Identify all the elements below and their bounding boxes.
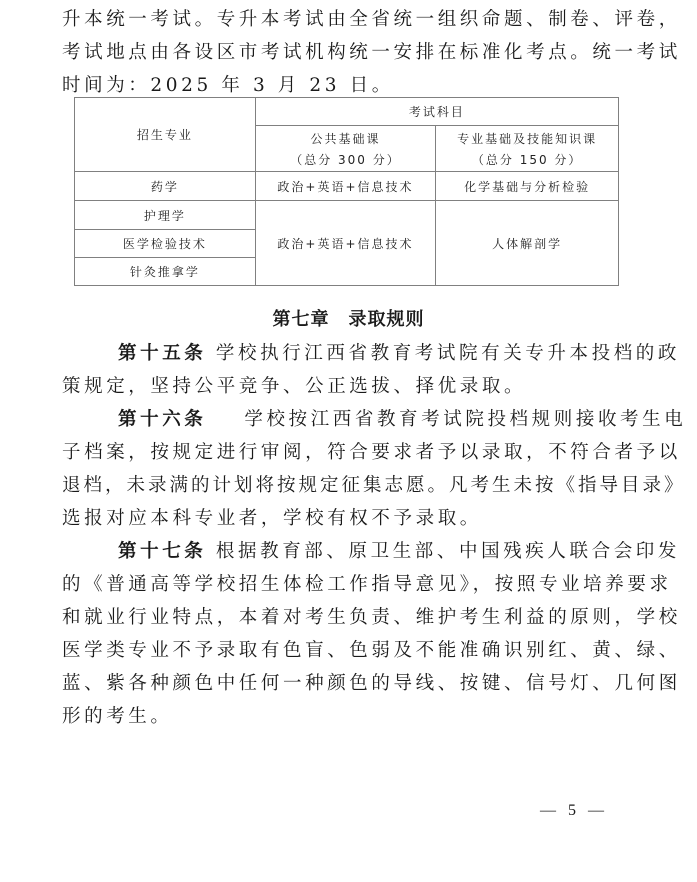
professional-cell: 人体解剖学 — [436, 201, 619, 286]
header-subjects: 考试科目 — [255, 98, 618, 126]
header-major: 招生专业 — [75, 98, 256, 172]
article-line: 子档案，按规定进行审阅，符合要求者予以录取，不符合者予以 — [62, 442, 622, 464]
article-15-first-line: 第十五条 学校执行江西省教育考试院有关专升本投档的政 — [118, 343, 678, 365]
major-cell: 针灸推拿学 — [75, 258, 256, 286]
header-public-course: 公共基础课 （总分 300 分） — [255, 126, 436, 172]
public-cell: 政治+英语+信息技术 — [255, 172, 436, 201]
table-row: 护理学 政治+英语+信息技术 人体解剖学 — [75, 201, 619, 230]
intro-line: 考试地点由各设区市考试机构统一安排在标准化考点。统一考试 — [62, 42, 622, 64]
article-line: 的《普通高等学校招生体检工作指导意见》，按照专业培养要求 — [62, 574, 622, 596]
article-17-first-line: 第十七条 根据教育部、原卫生部、中国残疾人联合会印发 — [118, 541, 678, 563]
article-line: 形的考生。 — [62, 706, 622, 728]
article-line: 蓝、紫各种颜色中任何一种颜色的导线、按键、信号灯、几何图 — [62, 673, 622, 695]
major-cell: 药学 — [75, 172, 256, 201]
table-row: 药学 政治+英语+信息技术 化学基础与分析检验 — [75, 172, 619, 201]
chapter-title: 第七章 录取规则 — [0, 305, 697, 331]
article-line: 选报对应本科专业者，学校有权不予录取。 — [62, 508, 622, 530]
article-label: 第十七条 — [118, 541, 206, 562]
article-line: 医学类专业不予录取有色盲、色弱及不能准确识别红、黄、绿、 — [62, 640, 622, 662]
header-professional-course: 专业基础及技能知识课 （总分 150 分） — [436, 126, 619, 172]
major-cell: 医学检验技术 — [75, 230, 256, 258]
exam-subjects-table: 招生专业 考试科目 公共基础课 （总分 300 分） 专业基础及技能知识课 （总… — [74, 97, 619, 286]
public-cell: 政治+英语+信息技术 — [255, 201, 436, 286]
article-line: 和就业行业特点，本着对考生负责、维护考生利益的原则，学校 — [62, 607, 622, 629]
intro-line: 升本统一考试。专升本考试由全省统一组织命题、制卷、评卷， — [62, 9, 622, 31]
article-line: 策规定，坚持公平竞争、公正选拔、择优录取。 — [62, 376, 622, 398]
article-label: 第十五条 — [118, 343, 206, 364]
article-line: 退档，未录满的计划将按规定征集志愿。凡考生未按《指导目录》 — [62, 475, 622, 497]
article-label: 第十六条 — [118, 409, 206, 430]
major-cell: 护理学 — [75, 201, 256, 230]
article-16-first-line: 第十六条 学校按江西省教育考试院投档规则接收考生电 — [118, 409, 678, 431]
intro-line: 时间为：2025 年 3 月 23 日。 — [62, 75, 622, 97]
page-number: — 5 — — [540, 802, 608, 820]
professional-cell: 化学基础与分析检验 — [436, 172, 619, 201]
